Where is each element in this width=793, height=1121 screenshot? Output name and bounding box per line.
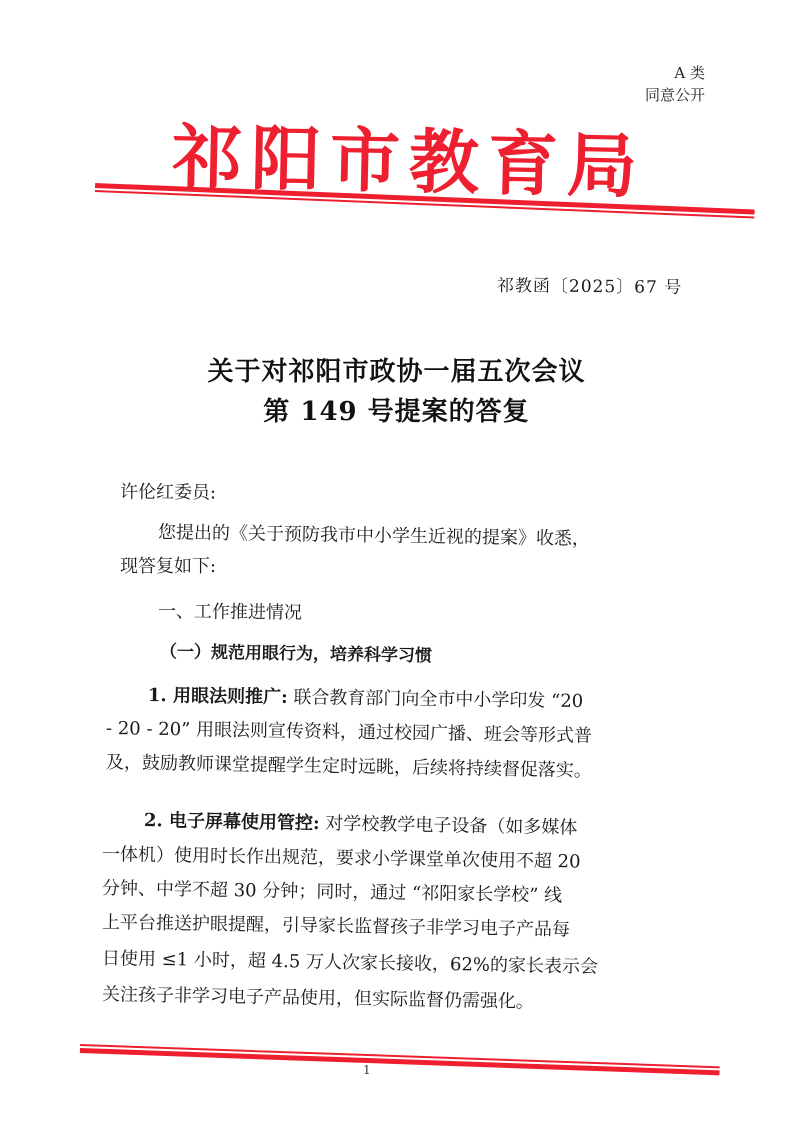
title-line-2: 第 149 号提案的答复	[0, 392, 793, 432]
item-1-line-2: - 20 - 20” 用眼法则宣传资料，通过校园广播、班会等形式普	[106, 714, 592, 748]
item-2-label: 2. 电子屏幕使用管控:	[144, 810, 320, 834]
document-title: 关于对祁阳市政协一届五次会议 第 149 号提案的答复	[0, 352, 793, 432]
salutation: 许伦红委员:	[120, 478, 216, 505]
item-1-line-3: 及，鼓励教师课堂提醒学生定时远眺，后续将持续督促落实。	[106, 748, 592, 782]
section-heading: 一、工作推进情况	[158, 597, 302, 625]
disclosure-label: 同意公开	[645, 84, 705, 106]
footer-red-rule	[80, 1044, 720, 1075]
intro-line-2: 现答复如下:	[120, 552, 216, 578]
item-2-line-3: 分钟、中学不超 30 分钟；同时，通过 “祁阳家长学校” 线	[102, 874, 563, 907]
item-1-line-1: 1. 用眼法则推广: 联合教育部门向全市中小学印发 “20	[148, 681, 584, 713]
classification-mark: A 类 同意公开	[645, 62, 705, 106]
item-2-line-6: 关注孩子非学习电子产品使用，但实际监督仍需强化。	[102, 980, 534, 1014]
page-number: 1	[363, 1063, 371, 1077]
item-2-line-4: 上平台推送护眼提醒，引导家长监督孩子非学习电子产品每	[102, 908, 570, 941]
title-line-1: 关于对祁阳市政协一届五次会议	[0, 352, 793, 392]
item-2-line-1: 2. 电子屏幕使用管控: 对学校教学电子设备（如多媒体	[144, 806, 578, 840]
item-1-label: 1. 用眼法则推广:	[148, 685, 288, 708]
item-2-line-2: 一体机）使用时长作出规范，要求小学课堂单次使用不超 20	[102, 840, 581, 874]
category-label: A 类	[645, 62, 705, 84]
subsection-heading: （一）规范用眼行为，培养科学习惯	[160, 637, 432, 666]
item-2-line-5: 日使用 ≤1 小时，超 4.5 万人次家长接收，62%的家长表示会	[102, 944, 598, 979]
intro-line-1: 您提出的《关于预防我市中小学生近视的提案》收悉，	[158, 518, 590, 551]
document-number: 祁教函〔2025〕67 号	[497, 271, 683, 298]
